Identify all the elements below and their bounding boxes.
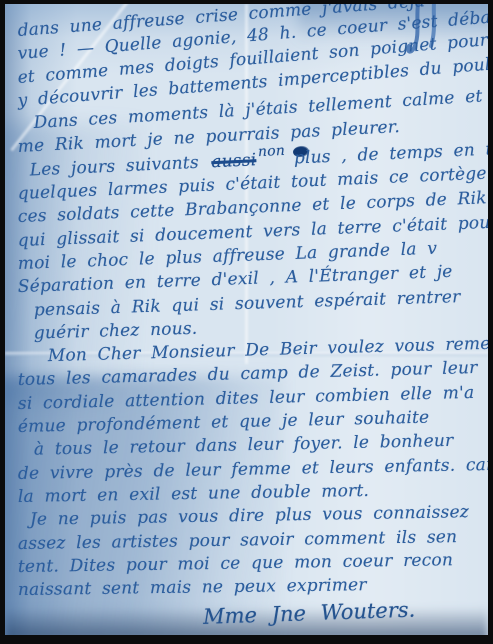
inserted-word-above: non (258, 143, 286, 160)
letter-body: dans une affreuse crise comme j'avais dé… (18, 21, 484, 624)
struck-word: aussi (211, 150, 257, 172)
signature: Mme Jne Wouters. (203, 596, 485, 630)
letter-page: dans une affreuse crise comme j'avais dé… (5, 4, 488, 635)
photo-frame: dans une affreuse crise comme j'avais dé… (0, 0, 493, 644)
